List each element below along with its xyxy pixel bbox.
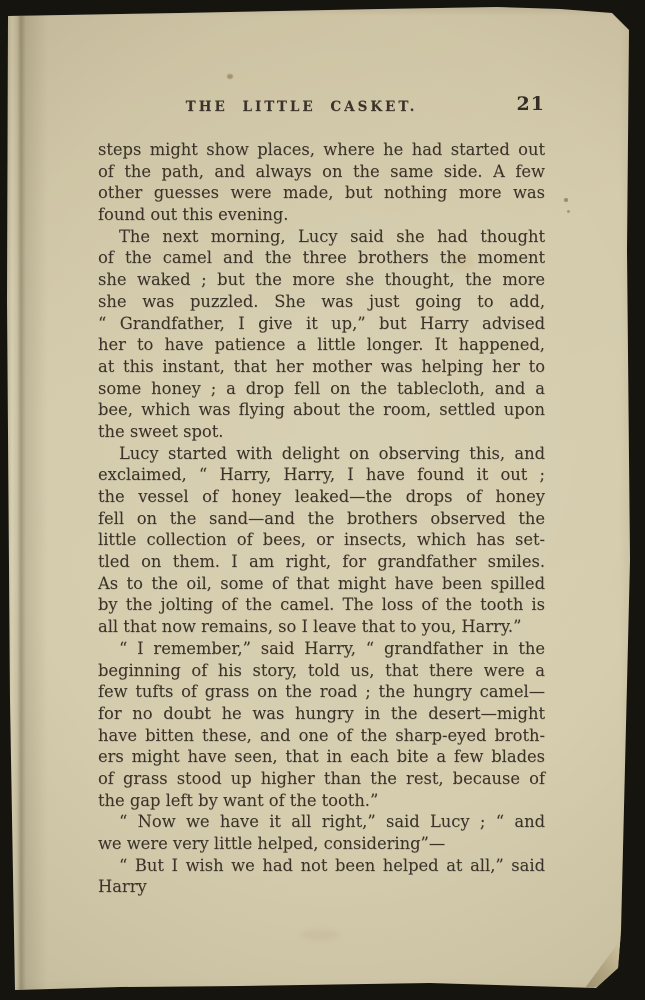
text-line: her to have patience a little longer. It… <box>98 334 545 356</box>
running-head: THE LITTLE CASKET. 21 <box>98 96 545 120</box>
text-line: she was puzzled. She was just going to a… <box>98 291 545 313</box>
photo-background: THE LITTLE CASKET. 21 steps might show p… <box>0 0 645 1000</box>
text-line: by the jolting of the camel. The loss of… <box>98 594 545 616</box>
text-line: we were very little helped, considering”… <box>98 833 545 855</box>
text-line: fell on the sand—and the brothers observ… <box>98 508 545 530</box>
text-line: the sweet spot. <box>98 421 545 443</box>
text-line: little collection of bees, or insects, w… <box>98 529 545 551</box>
text-line: few tufts of grass on the road ; the hun… <box>98 681 545 703</box>
paper-stain <box>567 210 570 213</box>
text-line: for no doubt he was hungry in the desert… <box>98 703 545 725</box>
text-block: steps might show places, where he had st… <box>98 139 545 898</box>
text-line: she waked ; but the more she thought, th… <box>98 269 545 291</box>
text-line: other guesses were made, but nothing mor… <box>98 182 545 204</box>
text-line: bee, which was flying about the room, se… <box>98 399 545 421</box>
text-line: Harry <box>98 876 545 898</box>
page-corner-curl <box>578 928 626 996</box>
gutter-crease <box>0 0 52 1000</box>
text-line: all that now remains, so I leave that to… <box>98 616 545 638</box>
text-line: the vessel of honey leaked—the drops of … <box>98 486 545 508</box>
paper-stain <box>227 74 233 79</box>
text-line: of the camel and the three brothers the … <box>98 247 545 269</box>
text-line: “ But I wish we had not been helped at a… <box>98 855 545 877</box>
text-line: ers might have seen, that in each bite a… <box>98 746 545 768</box>
text-line: of grass stood up higher than the rest, … <box>98 768 545 790</box>
text-line: The next morning, Lucy said she had thou… <box>98 226 545 248</box>
text-line: “ I remember,” said Harry, “ grandfather… <box>98 638 545 660</box>
text-line: at this instant, that her mother was hel… <box>98 356 545 378</box>
text-line: Lucy started with delight on observing t… <box>98 443 545 465</box>
running-title: THE LITTLE CASKET. <box>98 99 505 115</box>
text-line: some honey ; a drop fell on the tableclo… <box>98 378 545 400</box>
book-page: THE LITTLE CASKET. 21 steps might show p… <box>0 0 645 1000</box>
text-line: found out this evening. <box>98 204 545 226</box>
text-line: “ Grandfather, I give it up,” but Harry … <box>98 313 545 335</box>
text-line: steps might show places, where he had st… <box>98 139 545 161</box>
text-line: exclaimed, “ Harry, Harry, I have found … <box>98 464 545 486</box>
text-line: beginning of his story, told us, that th… <box>98 660 545 682</box>
text-line: have bitten these, and one of the sharp-… <box>98 725 545 747</box>
text-line: of the path, and always on the same side… <box>98 161 545 183</box>
text-line: As to the oil, some of that might have b… <box>98 573 545 595</box>
text-line: the gap left by want of the tooth.” <box>98 790 545 812</box>
text-line: tled on them. I am right, for grandfathe… <box>98 551 545 573</box>
paper-stain <box>300 930 340 940</box>
paper-stain <box>564 198 568 202</box>
page-number: 21 <box>517 93 545 115</box>
text-line: “ Now we have it all right,” said Lucy ;… <box>98 811 545 833</box>
